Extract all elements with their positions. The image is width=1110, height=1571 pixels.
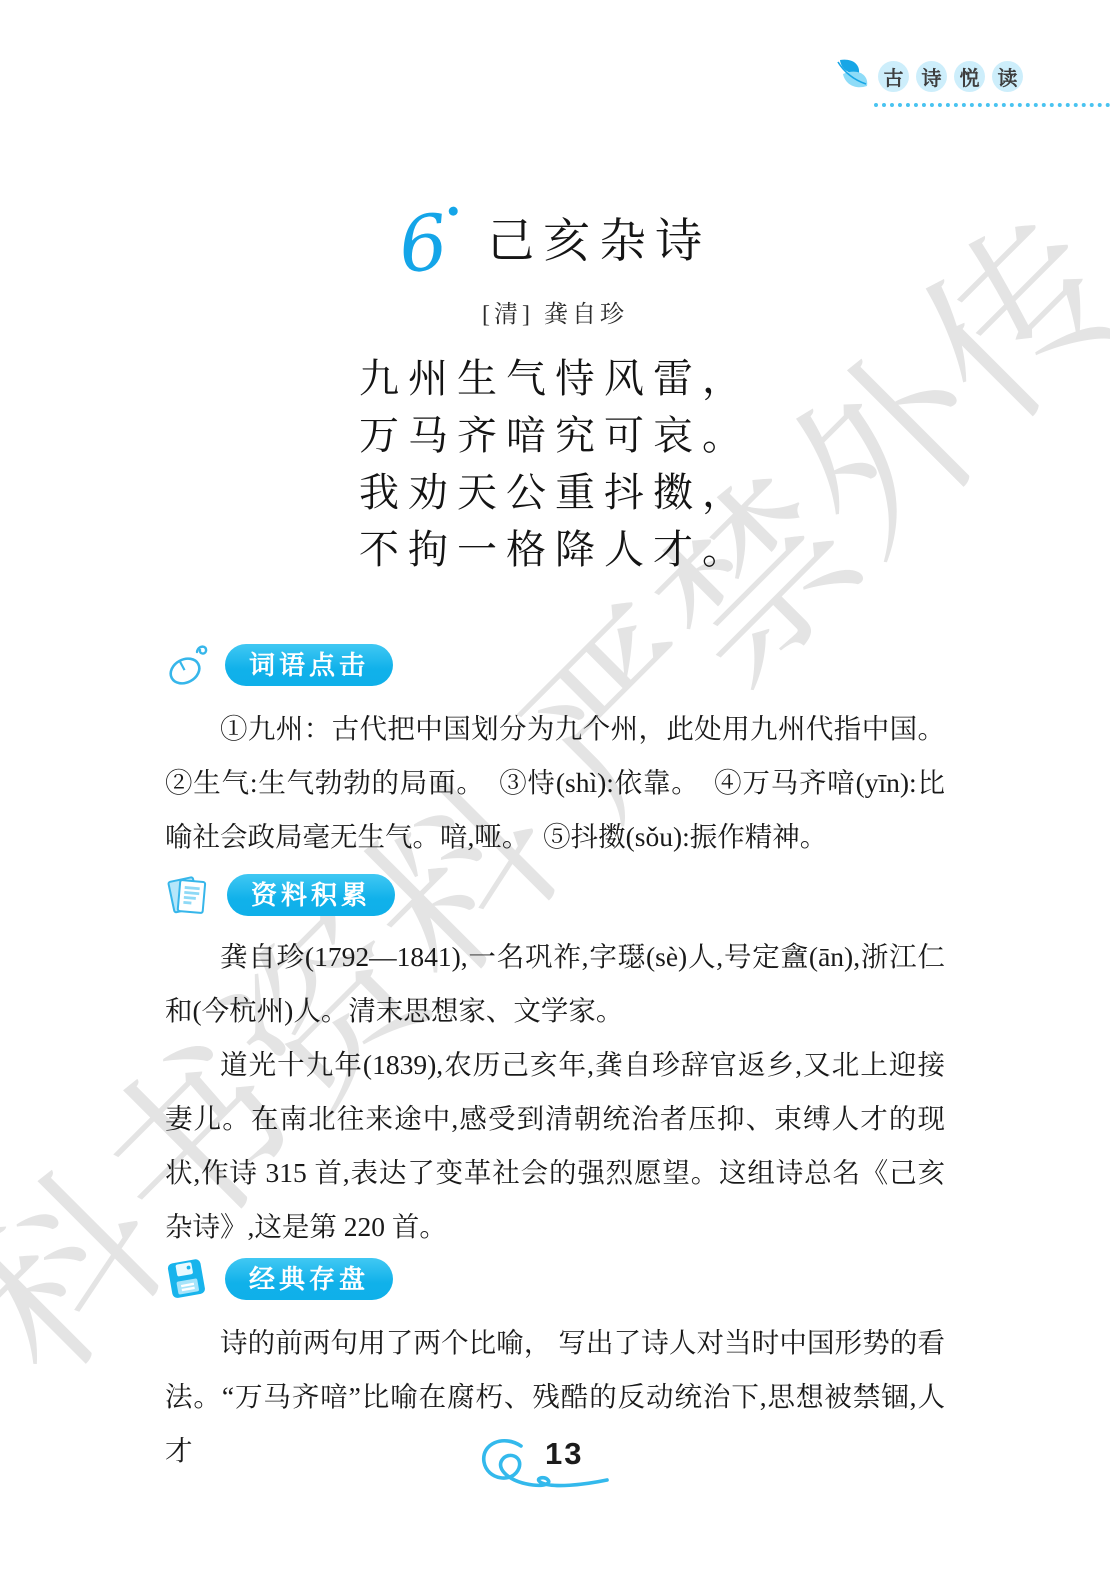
bio-paragraph-2: 道光十九年(1839),农历己亥年,龚自珍辞官返乡,又北上迎接妻儿。在南北往来途… [165,1038,945,1254]
poem-line: 九州生气恃风雷， [359,350,751,407]
brand-char: 悦 [954,61,985,92]
poem: 九州生气恃风雷， 万马齐喑究可哀。 我劝天公重抖擞， 不拘一格降人才。 [0,350,1110,578]
brand-char: 诗 [916,61,947,92]
brand-char: 古 [878,61,909,92]
lesson-author: [清] 龚自珍 [165,294,945,329]
header-dotted-divider [874,103,1110,107]
floppy-icon [165,1255,211,1303]
poem-line: 不拘一格降人才。 [359,521,751,578]
ribbon-icon [475,1485,635,1502]
section-materials: 资料积累 龚自珍(1792—1841),一名巩祚,字璱(sè)人,号定盦(ān)… [165,872,945,1254]
page-header: 古 诗 悦 读 [830,56,1110,107]
brand-title: 古 诗 悦 读 [878,61,1023,92]
bio-paragraph-1: 龚自珍(1792—1841),一名巩祚,字璱(sè)人,号定盦(ān),浙江仁和… [165,930,945,1038]
lesson-head: 6 己亥杂诗 [清] 龚自珍 [165,208,945,329]
annotation-paragraph: ①九州：古代把中国划分为九个州，此处用九州代指中国。②生气:生气勃勃的局面。 ③… [165,702,945,864]
leaf-icon [830,56,872,96]
mouse-icon [165,641,211,689]
section-pill-materials: 资料积累 [227,874,395,916]
section-words: 词语点击 ①九州：古代把中国划分为九个州，此处用九州代指中国。②生气:生气勃勃的… [165,642,945,864]
brand-char: 读 [992,61,1023,92]
poem-line: 我劝天公重抖擞， [359,464,751,521]
poem-line: 万马齐喑究可哀。 [359,407,751,464]
page-footer: 13 [0,1436,1110,1498]
lesson-title: 己亥杂诗 [487,208,711,274]
section-pill-classic: 经典存盘 [225,1258,393,1300]
page-number: 13 [545,1436,583,1472]
documents-icon [165,871,213,919]
lesson-number: 6 [395,206,451,283]
section-pill-words: 词语点击 [225,644,393,686]
